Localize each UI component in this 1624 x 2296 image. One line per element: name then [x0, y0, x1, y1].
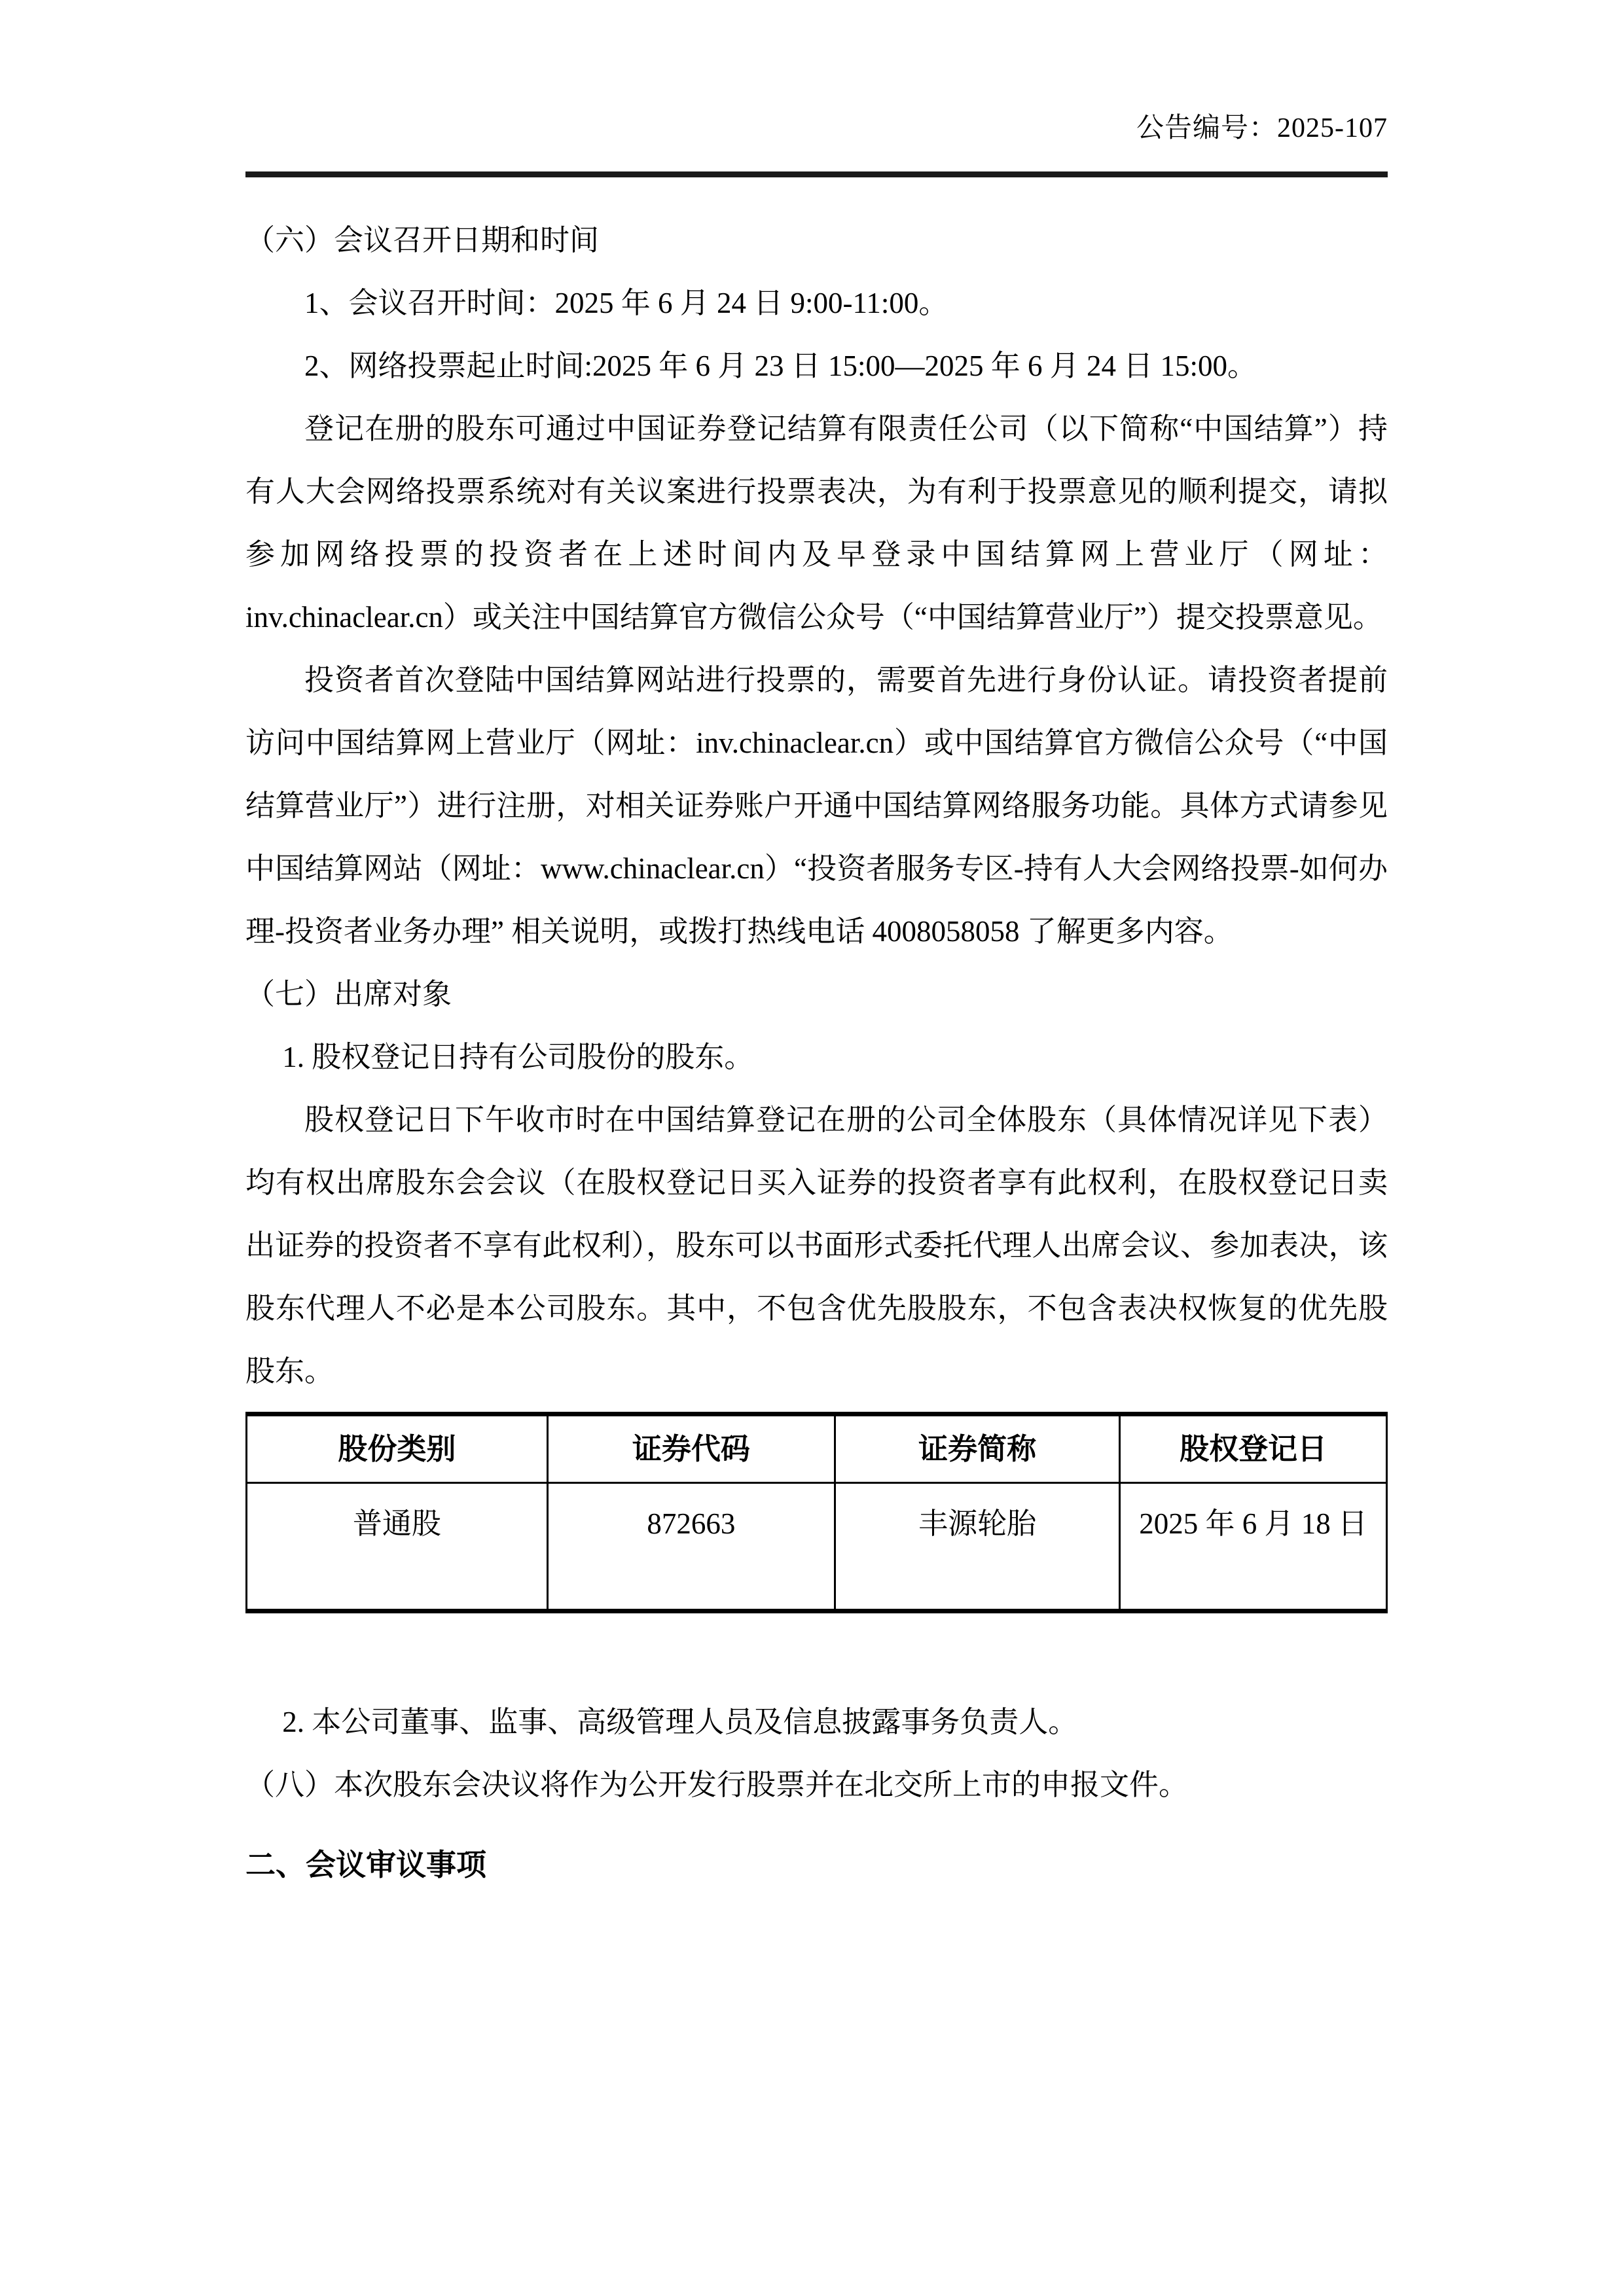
attendee-item-shareholders: 1. 股权登记日持有公司股份的股东。	[245, 1026, 1388, 1088]
attendee-item-management: 2. 本公司董事、监事、高级管理人员及信息披露事务负责人。	[245, 1691, 1388, 1753]
document-header: 公告编号：2025-107	[245, 110, 1388, 147]
share-registration-table: 股份类别 证券代码 证券简称 股权登记日 普通股 872663 丰源轮胎 202…	[245, 1412, 1388, 1613]
document-body: （六）会议召开日期和时间 1、会议召开时间：2025 年 6 月 24 日 9:…	[245, 209, 1388, 1896]
section-7-heading: （七）出席对象	[245, 963, 1388, 1026]
paragraph-identity-verification: 投资者首次登陆中国结算网站进行投票的，需要首先进行身份认证。请投资者提前访问中国…	[245, 649, 1388, 963]
paragraph-voting-instructions: 登记在册的股东可通过中国证券登记结算有限责任公司（以下简称“中国结算”）持有人大…	[245, 397, 1388, 649]
cell-share-class: 普通股	[247, 1483, 548, 1611]
table-header-share-class: 股份类别	[247, 1414, 548, 1483]
table-header-record-date: 股权登记日	[1120, 1414, 1387, 1483]
cell-security-short-name: 丰源轮胎	[835, 1483, 1120, 1611]
table-header-security-short-name: 证券简称	[835, 1414, 1120, 1483]
announcement-number: 公告编号：2025-107	[1136, 113, 1388, 143]
table-header-security-code: 证券代码	[547, 1414, 835, 1483]
document-page: 公告编号：2025-107 （六）会议召开日期和时间 1、会议召开时间：2025…	[0, 0, 1624, 2296]
table-header-row: 股份类别 证券代码 证券简称 股权登记日	[247, 1414, 1387, 1483]
section-6-heading: （六）会议召开日期和时间	[245, 209, 1388, 272]
cell-record-date: 2025 年 6 月 18 日	[1120, 1483, 1387, 1611]
online-voting-time-item: 2、网络投票起止时间:2025 年 6 月 23 日 15:00—2025 年 …	[245, 334, 1388, 397]
paragraph-record-date-shareholders: 股权登记日下午收市时在中国结算登记在册的公司全体股东（具体情况详见下表）均有权出…	[245, 1088, 1388, 1403]
header-divider-line	[245, 171, 1388, 177]
table-row: 普通股 872663 丰源轮胎 2025 年 6 月 18 日	[247, 1483, 1387, 1611]
cell-security-code: 872663	[547, 1483, 835, 1611]
meeting-time-item: 1、会议召开时间：2025 年 6 月 24 日 9:00-11:00。	[245, 272, 1388, 334]
section-2-agenda-heading: 二、会议审议事项	[245, 1833, 1388, 1896]
section-8-text: （八）本次股东会决议将作为公开发行股票并在北交所上市的申报文件。	[245, 1753, 1388, 1816]
